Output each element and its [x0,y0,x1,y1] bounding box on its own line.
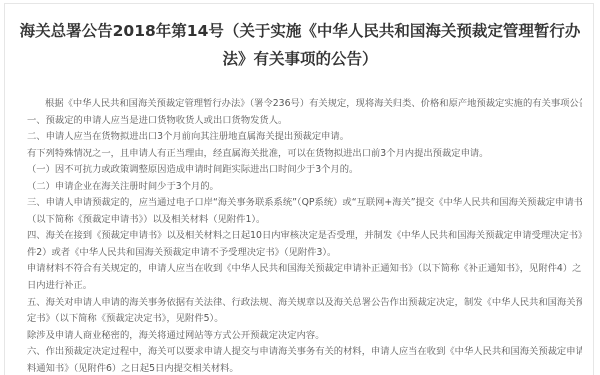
body-item-3-cont: （以下简称《预裁定申请书》）以及相关材料（见附件1）。 [27,212,582,229]
body-item-3: 三、申请人申请预裁定的，应当通过电子口岸“海关事务联系系统”（QP系统）或“互联… [27,195,582,212]
body-item-2-exception: 有下列特殊情况之一，且申请人有正当理由，经直属海关批准，可以在货物拟进出口前3个… [27,146,582,163]
body-item-5-cont: 定书》（以下简称《预裁定决定书》，见附件5）。 [27,311,582,328]
body-item-2-sub-1: （一）因不可抗力或政策调整原因造成申请时间距实际进出口时间少于3个月的。 [27,162,582,179]
body-item-1: 一、预裁定的申请人应当是进口货物收货人或出口货物发货人。 [27,113,582,130]
body-item-5: 五、海关对申请人申请的海关事务依据有关法律、行政法规、海关规章以及海关总署公告作… [27,295,582,312]
body-item-4-cont: 件2）或者《中华人民共和国海关预裁定申请不予受理决定书》（见附件3）。 [27,245,582,262]
title-line-1: 海关总署公告2018年第14号（关于实施《中华人民共和国海关预裁定管理暂行办 [0,17,600,45]
body-item-2: 二、申请人应当在货物拟进出口3个月前向其注册地直属海关提出预裁定申请。 [27,129,582,146]
announcement-body: 根据《中华人民共和国海关预裁定管理暂行办法》（署令236号）有关规定，现将海关归… [27,96,582,375]
body-paragraph-intro: 根据《中华人民共和国海关预裁定管理暂行办法》（署令236号）有关规定，现将海关归… [27,96,582,113]
body-item-6: 六、作出预裁定决定过程中，海关可以要求申请人提交与申请海关事务有关的材料，申请人… [27,344,582,361]
title-line-2: 法》有关事项的公告） [0,45,600,73]
body-item-2-sub-2: （二）申请企业在海关注册时间少于3个月的。 [27,179,582,196]
page-title: 海关总署公告2018年第14号（关于实施《中华人民共和国海关预裁定管理暂行办 法… [0,17,600,73]
body-item-5-disclosure: 除涉及申请人商业秘密的，海关将通过网站等方式公开预裁定决定内容。 [27,328,582,345]
body-item-4-correction-cont: 日内进行补正。 [27,278,582,295]
body-item-4-correction: 申请材料不符合有关规定的，申请人应当在收到《中华人民共和国海关预裁定申请补正通知… [27,261,582,278]
body-item-4: 四、海关在接到《预裁定申请书》以及相关材料之日起10日内审核决定是否受理，并制发… [27,228,582,245]
body-item-6-cont: 料通知书》（见附件6）之日起5日内提交相关材料。 [27,361,582,375]
